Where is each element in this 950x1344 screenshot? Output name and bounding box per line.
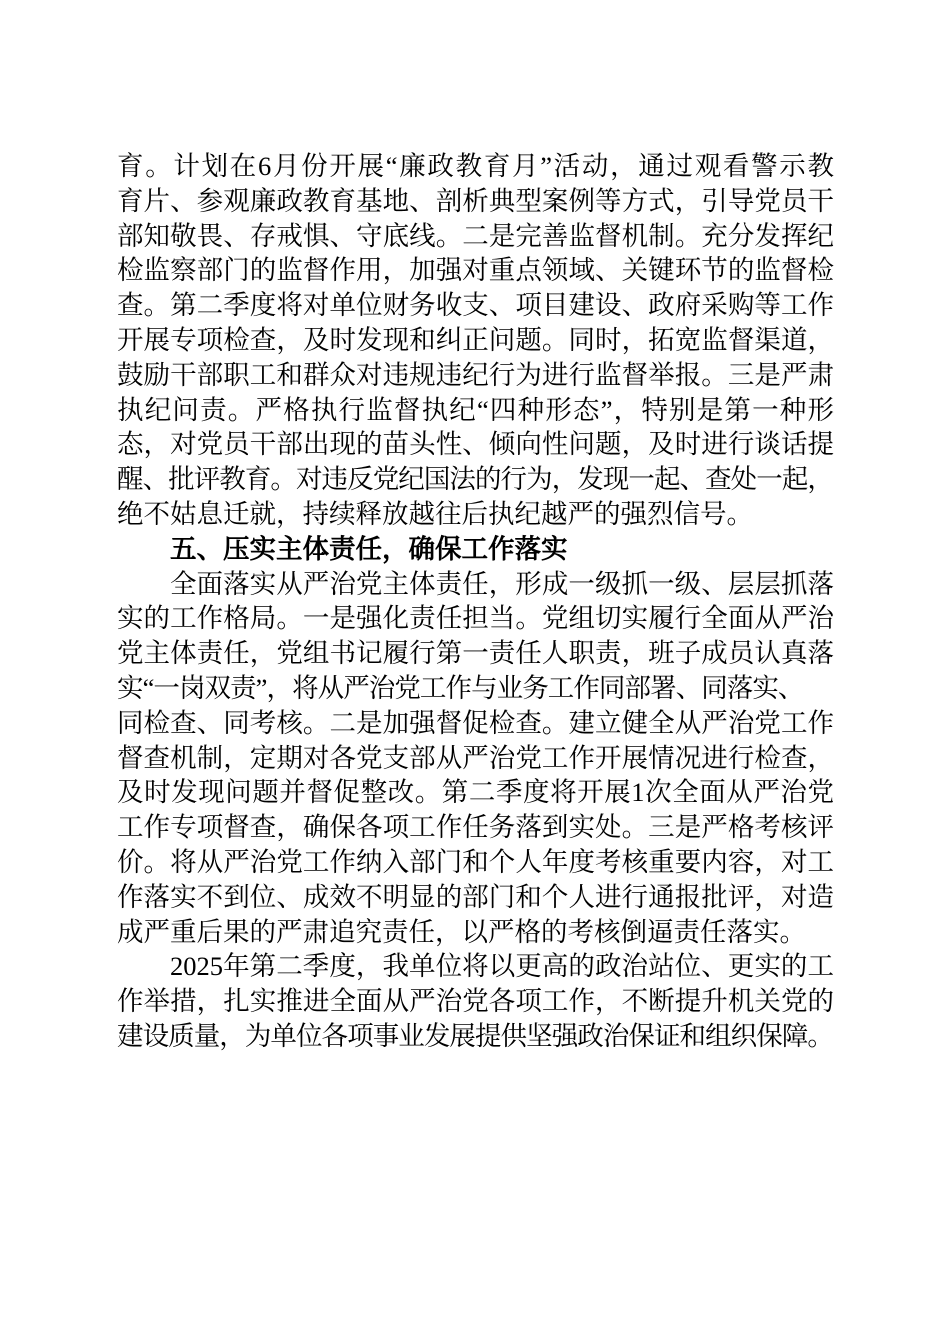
text-line: 工作专项督查，确保各项工作任务落到实处。三是严格考核评 — [117, 810, 834, 845]
text-line: 实“一岗双责”，将从严治党工作与业务工作同部署、同落实、 — [117, 671, 834, 706]
text-line: 成严重后果的严肃追究责任，以严格的考核倒逼责任落实。 — [117, 915, 834, 950]
text-line: 及时发现问题并督促整改。第二季度将开展1次全面从严治党 — [117, 775, 834, 810]
text-line: 同检查、同考核。二是加强督促检查。建立健全从严治党工作 — [117, 706, 834, 741]
text-line: 开展专项检查，及时发现和纠正问题。同时，拓宽监督渠道， — [117, 323, 834, 358]
text-line: 醒、批评教育。对违反党纪国法的行为，发现一起、查处一起， — [117, 462, 834, 497]
paragraph-closing: 2025年第二季度，我单位将以更高的政治站位、更实的工 作举措，扎实推进全面从严… — [117, 949, 834, 1053]
text-line: 鼓励干部职工和群众对违规违纪行为进行监督举报。三是严肃 — [117, 358, 834, 393]
text-line: 作举措，扎实推进全面从严治党各项工作，不断提升机关党的 — [117, 984, 834, 1019]
text-line: 价。将从严治党工作纳入部门和个人年度考核重要内容，对工 — [117, 845, 834, 880]
document-text-block: 育。计划在6月份开展“廉政教育月”活动，通过观看警示教 育片、参观廉政教育基地、… — [117, 149, 834, 1054]
text-line: 实的工作格局。一是强化责任担当。党组切实履行全面从严治 — [117, 601, 834, 636]
text-line: 查。第二季度将对单位财务收支、项目建设、政府采购等工作 — [117, 288, 834, 323]
text-line: 态，对党员干部出现的苗头性、倾向性问题，及时进行谈话提 — [117, 427, 834, 462]
text-line: 绝不姑息迁就，持续释放越往后执纪越严的强烈信号。 — [117, 497, 834, 532]
text-line: 全面落实从严治党主体责任，形成一级抓一级、层层抓落 — [117, 567, 834, 602]
paragraph-main-responsibility: 全面落实从严治党主体责任，形成一级抓一级、层层抓落 实的工作格局。一是强化责任担… — [117, 567, 834, 950]
text-line: 执纪问责。严格执行监督执纪“四种形态”，特别是第一种形 — [117, 393, 834, 428]
text-line: 作落实不到位、成效不明显的部门和个人进行通报批评，对造 — [117, 880, 834, 915]
text-line: 育片、参观廉政教育基地、剖析典型案例等方式，引导党员干 — [117, 184, 834, 219]
section-heading: 五、压实主体责任，确保工作落实 — [117, 532, 834, 567]
text-line: 部知敬畏、存戒惧、守底线。二是完善监督机制。充分发挥纪 — [117, 219, 834, 254]
text-line: 2025年第二季度，我单位将以更高的政治站位、更实的工 — [117, 949, 834, 984]
document-page: 育。计划在6月份开展“廉政教育月”活动，通过观看警示教 育片、参观廉政教育基地、… — [0, 0, 950, 1344]
text-line: 建设质量，为单位各项事业发展提供坚强政治保证和组织保障。 — [117, 1019, 834, 1054]
text-line: 育。计划在6月份开展“廉政教育月”活动，通过观看警示教 — [117, 149, 834, 184]
text-line: 党主体责任，党组书记履行第一责任人职责，班子成员认真落 — [117, 636, 834, 671]
paragraph-discipline-education: 育。计划在6月份开展“廉政教育月”活动，通过观看警示教 育片、参观廉政教育基地、… — [117, 149, 834, 532]
text-line: 检监察部门的监督作用，加强对重点领域、关键环节的监督检 — [117, 253, 834, 288]
heading-section-five: 五、压实主体责任，确保工作落实 — [117, 532, 834, 567]
text-line: 督查机制，定期对各党支部从严治党工作开展情况进行检查， — [117, 741, 834, 776]
